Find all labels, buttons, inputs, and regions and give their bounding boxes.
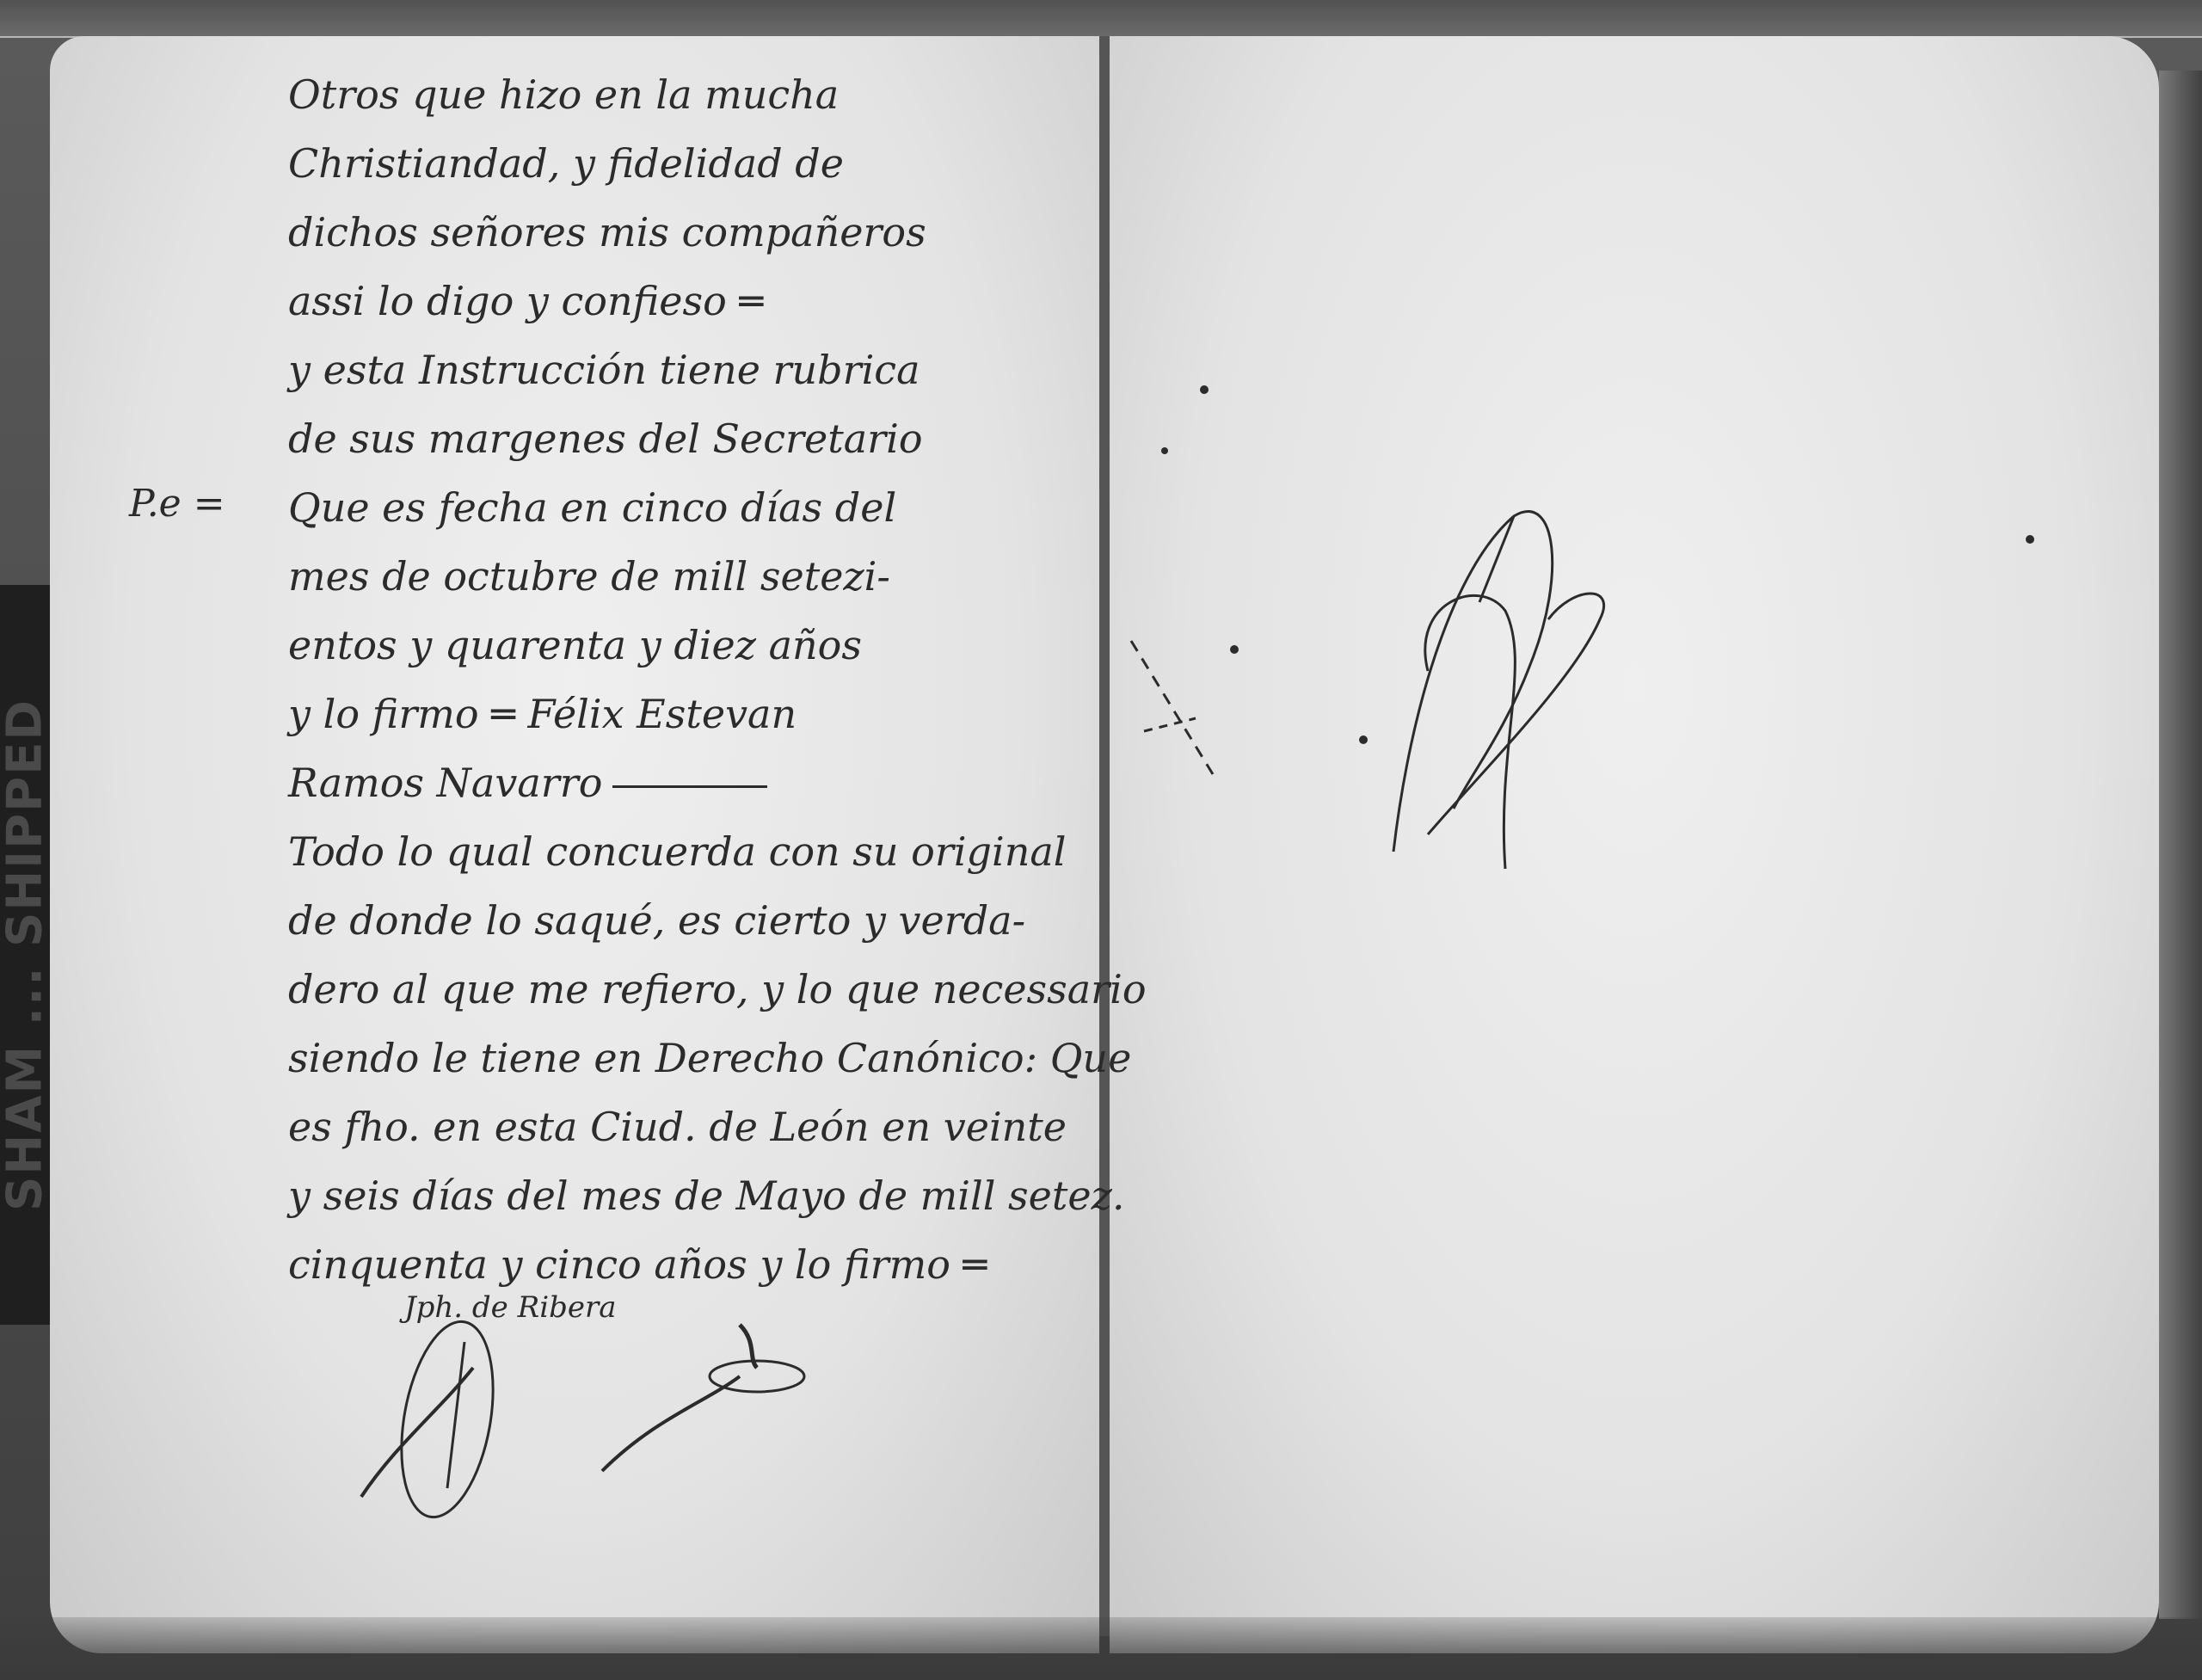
text-line: Ramos Navarro — [288, 748, 1079, 817]
text-line: Christiandad, y fidelidad de — [288, 129, 1079, 198]
ink-dot — [2026, 535, 2034, 544]
spine-label: SHAM ... SHIPPED — [0, 585, 50, 1325]
book-gutter — [1099, 36, 1110, 1636]
rubric-flourish-icon — [344, 1299, 585, 1523]
text-line: cinquenta y cinco años y lo firmo ═ — [288, 1230, 1079, 1299]
text-line: y lo firmo ═ Félix Estevan — [288, 680, 1079, 748]
text-line: dichos señores mis compañeros — [288, 198, 1079, 267]
handwritten-text: Otros que hizo en la mucha Christiandad,… — [288, 60, 1079, 1299]
text-line: es fho. en esta Ciud. de León en veinte — [288, 1092, 1079, 1161]
text-line: mes de octubre de mill setezi- — [288, 542, 1079, 611]
text-line: dero al que me refiero, y lo que necessa… — [288, 955, 1079, 1024]
ink-dot — [1230, 645, 1239, 654]
text-line: Otros que hizo en la mucha — [288, 60, 1079, 129]
text-line: entos y quarenta y diez años — [288, 611, 1079, 680]
text-line: y esta Instrucción tiene rubrica — [288, 335, 1079, 404]
scanned-document: SHAM ... SHIPPED P.e = Otros que hizo en… — [0, 0, 2202, 1680]
cross-mark-icon — [1118, 628, 1239, 783]
text-line: de sus margenes del Secretario — [288, 404, 1079, 473]
text-line: de donde lo saqué, es cierto y verda- — [288, 886, 1079, 955]
text-line: y seis días del mes de Mayo de mill sete… — [288, 1161, 1079, 1230]
text-line: siendo le tiene en Derecho Canónico: Que — [288, 1024, 1079, 1092]
rubric-flourish-icon — [585, 1316, 809, 1488]
text-line: Todo lo qual concuerda con su original — [288, 817, 1079, 886]
scanner-edge — [0, 0, 2202, 38]
page-bottom-edge — [0, 1617, 2202, 1680]
margin-note: P.e = — [129, 482, 225, 526]
text-line: assi lo digo y confieso ═ — [288, 267, 1079, 335]
rubric-flourish-icon — [1376, 490, 1669, 886]
ink-dot — [1359, 735, 1368, 744]
ink-dot — [1200, 385, 1209, 394]
text-line: Que es fecha en cinco días del — [288, 473, 1079, 542]
ink-dot — [1161, 447, 1168, 454]
